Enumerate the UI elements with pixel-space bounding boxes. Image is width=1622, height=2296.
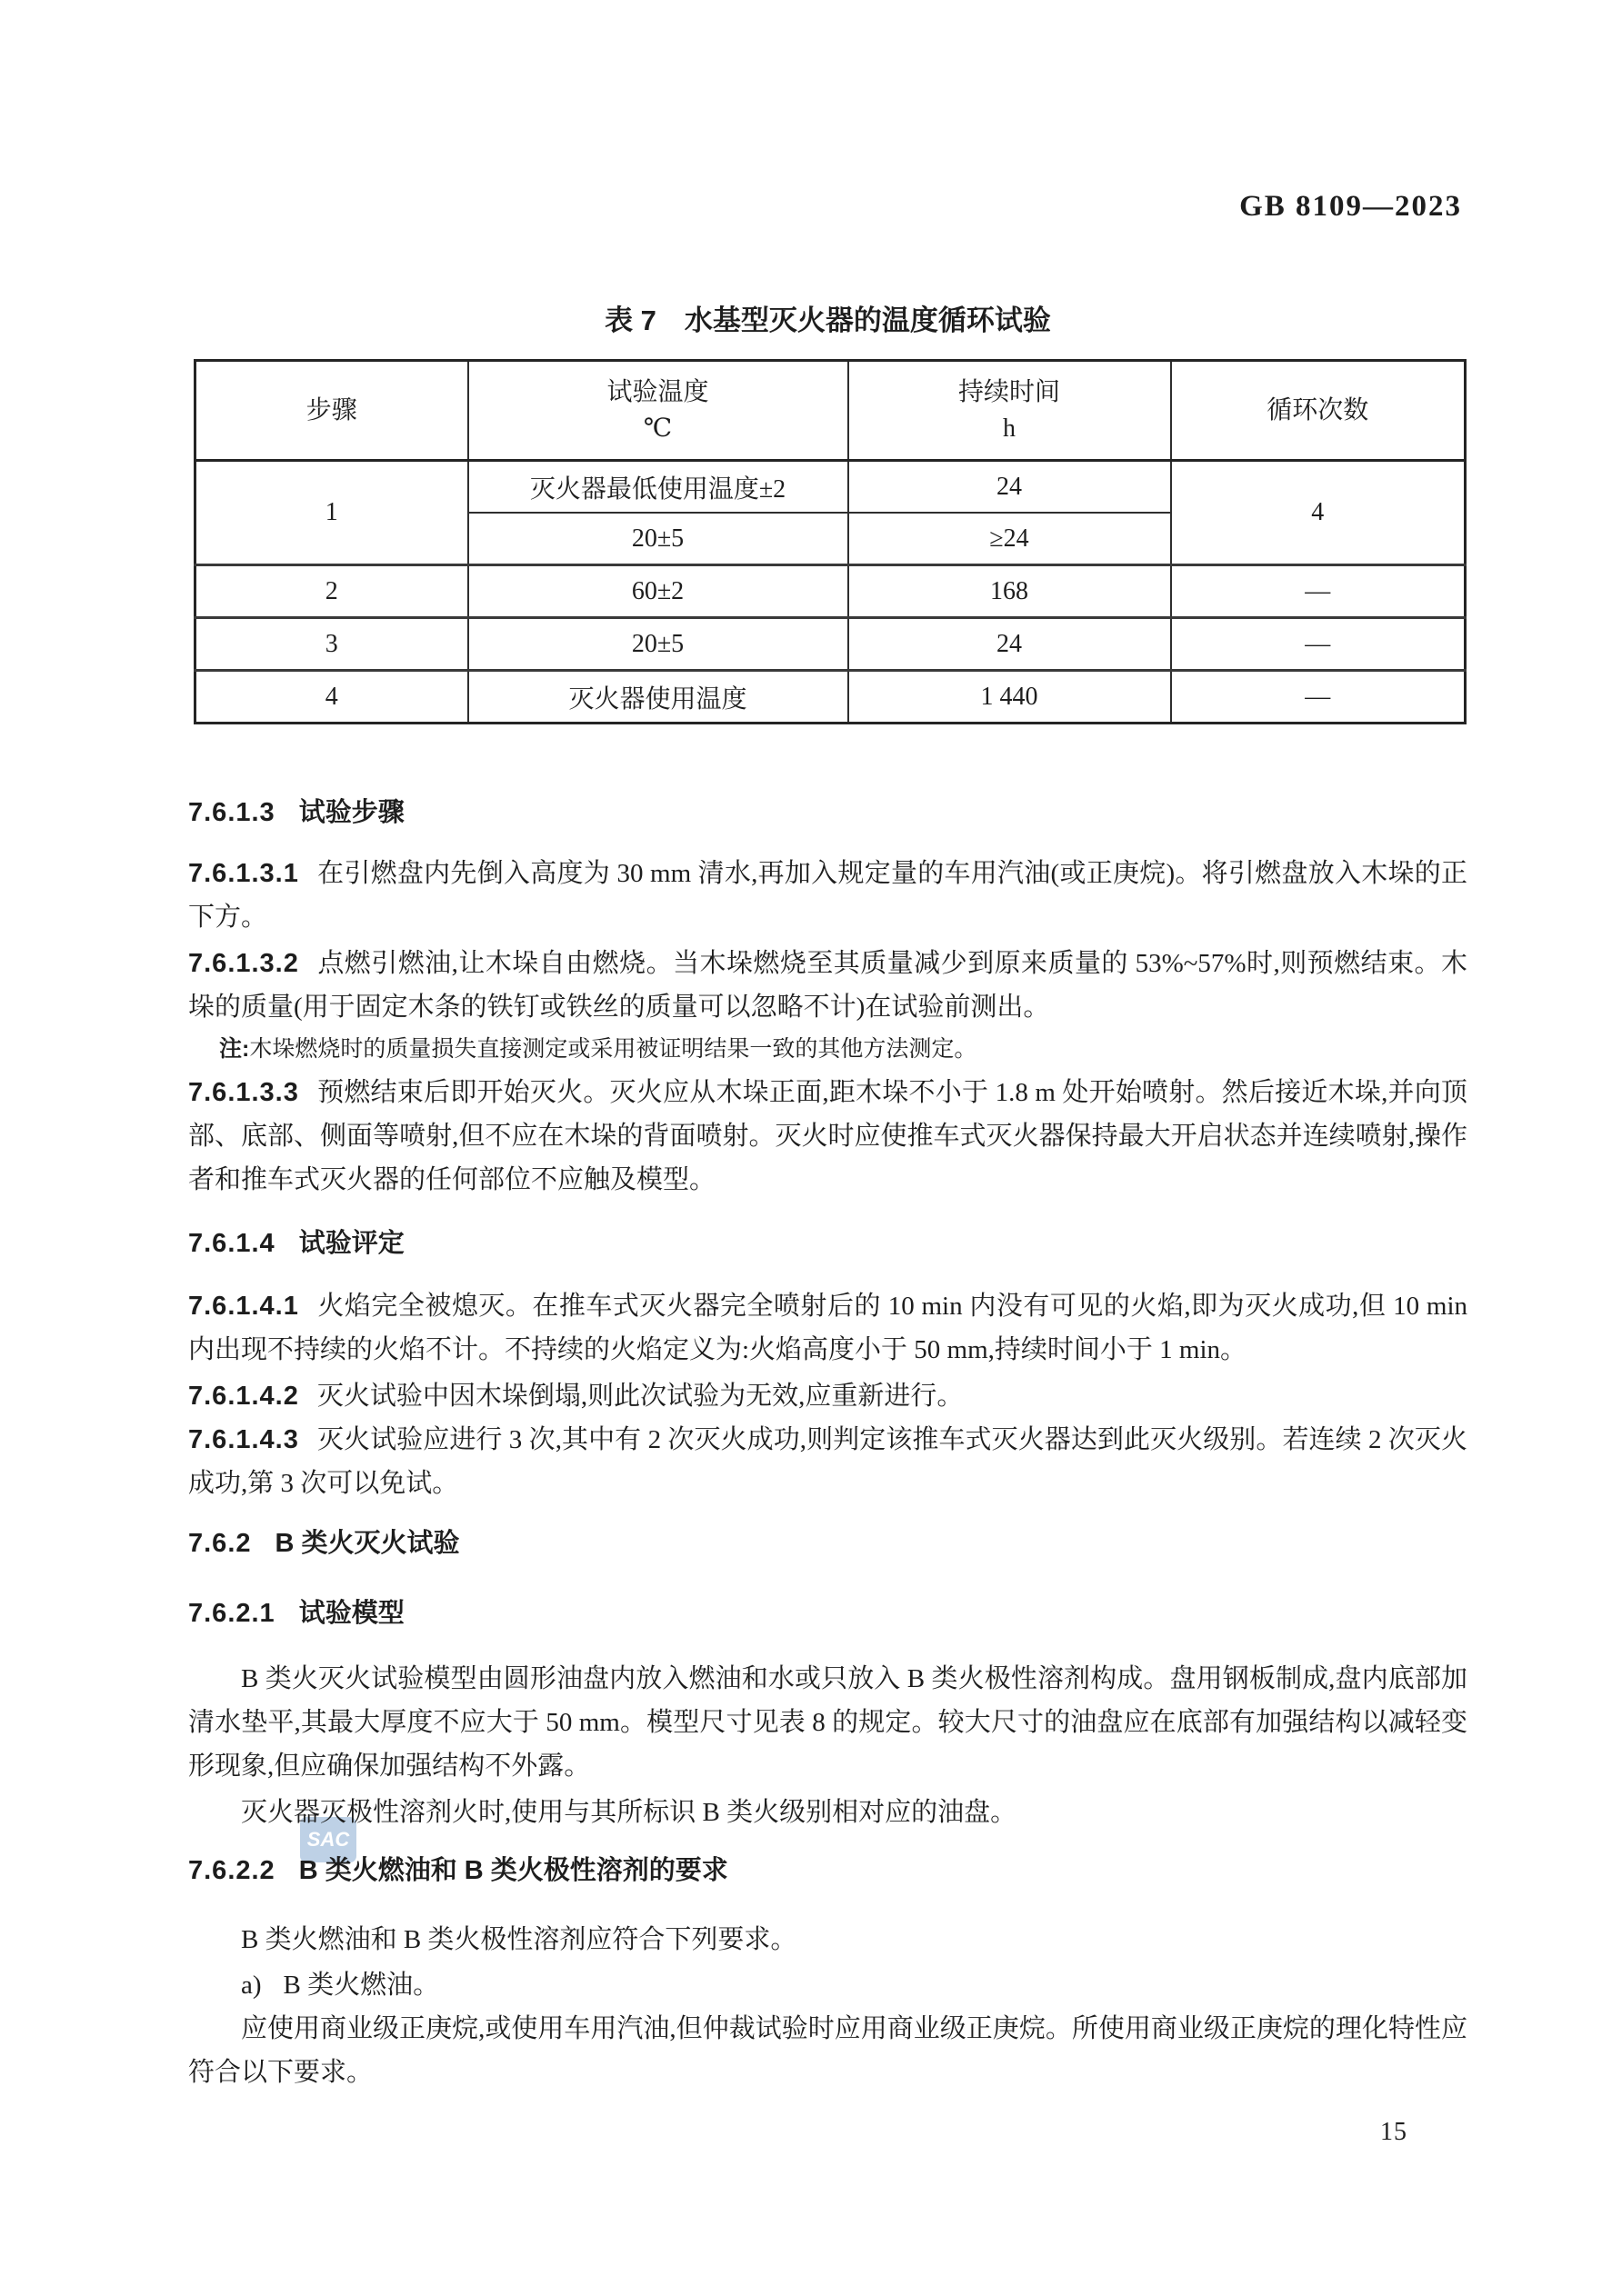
cell-cycles-2: —: [1171, 565, 1466, 618]
cell-step-3: 3: [195, 618, 468, 671]
section-number: 7.6.1.4: [188, 1229, 275, 1258]
cell-temp-2: 60±2: [468, 565, 848, 618]
page-content: 表 7 水基型灭火器的温度循环试验 步骤 试验温度 ℃ 持续时间 h: [188, 0, 1467, 2094]
clause-text: 在引燃盘内先倒入高度为 30 mm 清水,再加入规定量的车用汽油(或正庚烷)。将…: [188, 859, 1467, 932]
table-row-step3: 3 20±5 24 —: [195, 618, 1466, 671]
col-header-temperature: 试验温度 ℃: [468, 361, 848, 461]
clause-number: 7.6.1.3.3: [188, 1078, 299, 1107]
clause-number: 7.6.1.4.2: [188, 1382, 299, 1411]
clause-number: 7.6.1.4.1: [188, 1292, 299, 1321]
clause-text: 灭火试验应进行 3 次,其中有 2 次灭火成功,则判定该推车式灭火器达到此灭火级…: [188, 1425, 1467, 1498]
col-header-cycles: 循环次数: [1171, 361, 1466, 461]
paragraph-heptane: 应使用商业级正庚烷,或使用车用汽油,但仲裁试验时应用商业级正庚烷。所使用商业级正…: [188, 2007, 1467, 2094]
section-title: 试验评定: [299, 1229, 405, 1258]
paragraph-text: 灭火器灭极性溶剂火时,使用与其所标识 B 类火级别相对应的油盘。: [241, 1798, 1016, 1827]
section-title: B 类火燃油和 B 类火极性溶剂的要求: [299, 1856, 728, 1885]
table7-title: 表 7 水基型灭火器的温度循环试验: [188, 303, 1467, 339]
paragraph-text: 应使用商业级正庚烷,或使用车用汽油,但仲裁试验时应用商业级正庚烷。所使用商业级正…: [188, 2014, 1467, 2087]
section-number: 7.6.2.1: [188, 1599, 275, 1628]
cell-cycles-4: —: [1171, 671, 1466, 724]
list-item-a: a)B 类火燃油。: [188, 1963, 1467, 2007]
list-item-label: a): [241, 1971, 262, 2000]
cell-duration-4: 1 440: [848, 671, 1171, 724]
section-title: 试验模型: [299, 1599, 405, 1628]
table-row-step1a: 1 灭火器最低使用温度±2 24 4: [195, 461, 1466, 514]
clause-text: 火焰完全被熄灭。在推车式灭火器完全喷射后的 10 min 内没有可见的火焰,即为…: [188, 1292, 1467, 1364]
section-heading-7-6-1-3: 7.6.1.3试验步骤: [188, 794, 1467, 831]
clause-7-6-1-4-3: 7.6.1.4.3灭火试验应进行 3 次,其中有 2 次灭火成功,则判定该推车式…: [188, 1418, 1467, 1505]
section-title: 试验步骤: [299, 798, 405, 827]
cell-step-4: 4: [195, 671, 468, 724]
clause-number: 7.6.1.4.3: [188, 1425, 299, 1454]
col-header-step: 步骤: [195, 361, 468, 461]
cell-duration-1b: ≥24: [848, 513, 1171, 565]
paragraph-test-model: B 类火灭火试验模型由圆形油盘内放入燃油和水或只放入 B 类火极性溶剂构成。盘用…: [188, 1657, 1467, 1788]
table-row-step4: 4 灭火器使用温度 1 440 —: [195, 671, 1466, 724]
cell-duration-3: 24: [848, 618, 1171, 671]
section-heading-7-6-2: 7.6.2B 类火灭火试验: [188, 1525, 1467, 1562]
paragraph-fuel-requirements: B 类火燃油和 B 类火极性溶剂应符合下列要求。: [188, 1918, 1467, 1962]
section-heading-7-6-1-4: 7.6.1.4试验评定: [188, 1225, 1467, 1262]
paragraph-text: B 类火灭火试验模型由圆形油盘内放入燃油和水或只放入 B 类火极性溶剂构成。盘用…: [188, 1664, 1467, 1781]
col-header-duration: 持续时间 h: [848, 361, 1171, 461]
table7-temperature-cycle: 步骤 试验温度 ℃ 持续时间 h 循环次数: [194, 359, 1467, 724]
clause-text: 预燃结束后即开始灭火。灭火应从木垛正面,距木垛不小于 1.8 m 处开始喷射。然…: [188, 1078, 1467, 1194]
cell-cycles-3: —: [1171, 618, 1466, 671]
table-header-row: 步骤 试验温度 ℃ 持续时间 h 循环次数: [195, 361, 1466, 461]
clause-number: 7.6.1.3.1: [188, 859, 299, 888]
cell-duration-1a: 24: [848, 461, 1171, 514]
section-number: 7.6.2: [188, 1529, 252, 1558]
clause-7-6-1-4-1: 7.6.1.4.1火焰完全被熄灭。在推车式灭火器完全喷射后的 10 min 内没…: [188, 1284, 1467, 1372]
cell-step-1: 1: [195, 461, 468, 565]
clause-text: 灭火试验中因木垛倒塌,则此次试验为无效,应重新进行。: [317, 1382, 964, 1411]
section-number: 7.6.1.3: [188, 798, 275, 827]
section-heading-7-6-2-2: 7.6.2.2B 类火燃油和 B 类火极性溶剂的要求: [188, 1852, 1467, 1889]
section-number: 7.6.2.2: [188, 1856, 275, 1885]
cell-temp-1a: 灭火器最低使用温度±2: [468, 461, 848, 514]
clause-number: 7.6.1.3.2: [188, 949, 299, 978]
clause-7-6-1-3-1: 7.6.1.3.1在引燃盘内先倒入高度为 30 mm 清水,再加入规定量的车用汽…: [188, 852, 1467, 939]
page-number: 15: [1380, 2118, 1407, 2147]
paragraph-text: B 类火燃油和 B 类火极性溶剂应符合下列要求。: [241, 1925, 796, 1954]
note-label: 注:: [219, 1036, 249, 1062]
document-page: GB 8109—2023 SAC 表 7 水基型灭火器的温度循环试验 步骤 试验…: [0, 0, 1622, 2296]
note-text: 木垛燃烧时的质量损失直接测定或采用被证明结果一致的其他方法测定。: [249, 1037, 976, 1062]
section-title: B 类火灭火试验: [275, 1529, 460, 1558]
list-item-text: B 类火燃油。: [284, 1971, 440, 2000]
section-heading-7-6-2-1: 7.6.2.1试验模型: [188, 1595, 1467, 1632]
cell-duration-2: 168: [848, 565, 1171, 618]
clause-text: 点燃引燃油,让木垛自由燃烧。当木垛燃烧至其质量减少到原来质量的 53%~57%时…: [188, 949, 1467, 1022]
cell-step-2: 2: [195, 565, 468, 618]
clause-7-6-1-3-2: 7.6.1.3.2点燃引燃油,让木垛自由燃烧。当木垛燃烧至其质量减少到原来质量的…: [188, 942, 1467, 1029]
paragraph-polar-solvent: 灭火器灭极性溶剂火时,使用与其所标识 B 类火级别相对应的油盘。: [188, 1791, 1467, 1834]
table-row-step2: 2 60±2 168 —: [195, 565, 1466, 618]
clause-7-6-1-3-3: 7.6.1.3.3预燃结束后即开始灭火。灭火应从木垛正面,距木垛不小于 1.8 …: [188, 1071, 1467, 1202]
cell-cycles-1: 4: [1171, 461, 1466, 565]
cell-temp-4: 灭火器使用温度: [468, 671, 848, 724]
cell-temp-3: 20±5: [468, 618, 848, 671]
cell-temp-1b: 20±5: [468, 513, 848, 565]
clause-7-6-1-4-2: 7.6.1.4.2灭火试验中因木垛倒塌,则此次试验为无效,应重新进行。: [188, 1374, 1467, 1418]
note-block: 注:木垛燃烧时的质量损失直接测定或采用被证明结果一致的其他方法测定。: [188, 1029, 1467, 1070]
